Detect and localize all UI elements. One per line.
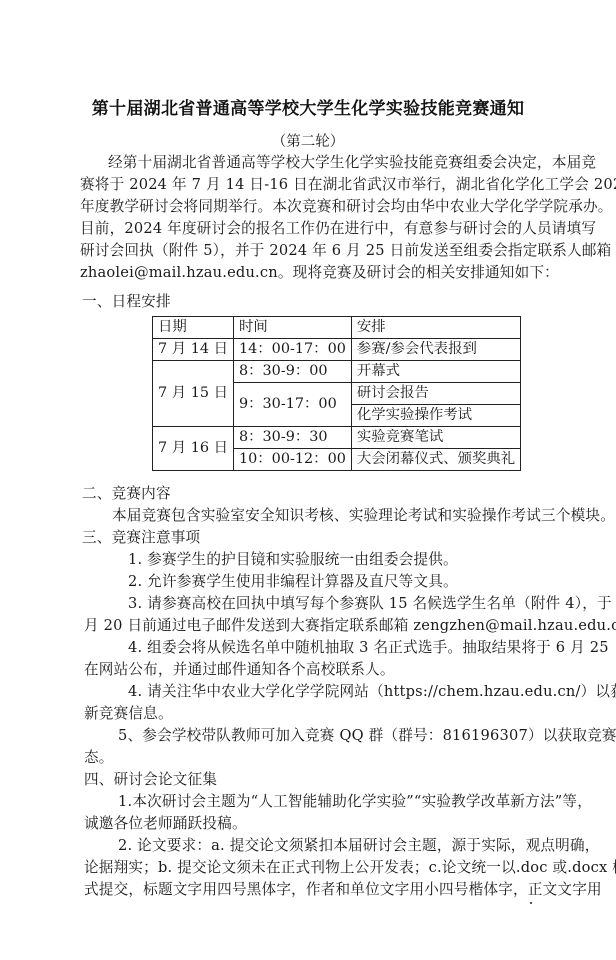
body-line: 论据翔实；b. 提交论文须未在正式刊物上公开发表；c.论文统一以.doc 或.d…	[84, 858, 616, 878]
body-line: 3. 请参赛高校在回执中填写每个参赛队 15 名候选学生名单（附件 4），于 6	[128, 594, 616, 614]
body-line: 1. 参赛学生的护目镜和实验服统一由组委会提供。	[128, 550, 458, 570]
body-line: 1.本次研讨会主题为“人工智能辅助化学实验”“实验教学改革新方法”等，	[118, 792, 592, 812]
section-heading-notes: 三、竞赛注意事项	[82, 528, 200, 548]
body-line: 月 20 日前通过电子邮件发送到大赛指定联系邮箱 zengzhen@mail.h…	[84, 616, 616, 636]
schedule-table: 日期 时间 安排 7 月 14 日 14：00-17：00 参赛/参会代表报到 …	[152, 316, 521, 471]
cell-item: 实验竞赛笔试	[351, 427, 520, 449]
intro-line: 赛将于 2024 年 7 月 14 日-16 日在湖北省武汉市举行，湖北省化学化…	[80, 175, 616, 195]
cell-date: 7 月 16 日	[153, 427, 234, 471]
table-row: 7 月 15 日 8：30-9：00 开幕式	[153, 361, 521, 383]
header-item: 安排	[351, 317, 520, 339]
cell-item: 开幕式	[351, 361, 520, 383]
table-header-row: 日期 时间 安排	[153, 317, 521, 339]
body-line: 在网站公布，并通过邮件通知各个高校联系人。	[84, 660, 395, 680]
scan-speck	[530, 902, 532, 904]
intro-line: 目前，2024 年度研讨会的报名工作仍在进行中，有意参与研讨会的人员请填写	[80, 219, 596, 239]
notice-title: 第十届湖北省普通高等学校大学生化学实验技能竞赛通知	[0, 97, 616, 121]
intro-line: 经第十届湖北省普通高等学校大学生化学实验技能竞赛组委会决定，本届竞	[108, 153, 596, 173]
header-date: 日期	[153, 317, 234, 339]
section-heading-papers: 四、研讨会论文征集	[84, 770, 217, 790]
body-line: 2. 论文要求：a. 提交论文须紧扣本届研讨会主题，源于实际，观点明确，	[118, 836, 600, 856]
cell-date: 7 月 14 日	[153, 339, 234, 361]
intro-line: zhaolei@mail.hzau.edu.cn。现将竞赛及研讨会的相关安排通知…	[80, 263, 559, 283]
body-line: 4. 组委会将从候选名单中随机抽取 3 名正式选手。抽取结果将于 6 月 25 …	[128, 638, 616, 658]
section-heading-schedule: 一、日程安排	[82, 292, 171, 312]
cell-time: 8：30-9：30	[233, 427, 351, 449]
section-heading-content: 二、竞赛内容	[82, 484, 171, 504]
cell-date: 7 月 15 日	[153, 361, 234, 427]
body-line: 2. 允许参赛学生使用非编程计算器及直尺等文具。	[128, 572, 458, 592]
table-row: 7 月 16 日 8：30-9：30 实验竞赛笔试	[153, 427, 521, 449]
cell-time: 8：30-9：00	[233, 361, 351, 383]
cell-item: 参赛/参会代表报到	[351, 339, 520, 361]
body-line: 本届竞赛包含实验室安全知识考核、实验理论考试和实验操作考试三个模块。	[112, 506, 615, 526]
cell-time: 10：00-12：00	[233, 449, 351, 471]
notice-subtitle: （第二轮）	[0, 132, 616, 152]
body-line: 态。	[84, 748, 114, 768]
body-line: 5、参会学校带队教师可加入竞赛 QQ 群（群号：816196307）以获取竞赛动	[118, 726, 616, 746]
cell-item: 化学实验操作考试	[351, 405, 520, 427]
body-line: 式提交，标题文字用四号黑体字，作者和单位文字用小四号楷体字，正文文字用	[84, 880, 602, 900]
cell-item: 研讨会报告	[351, 383, 520, 405]
body-line: 新竞赛信息。	[84, 704, 173, 724]
body-line: 诚邀各位老师踊跃投稿。	[84, 814, 247, 834]
header-time: 时间	[233, 317, 351, 339]
cell-item: 大会闭幕仪式、颁奖典礼	[351, 449, 520, 471]
intro-line: 年度教学研讨会将同期举行。本次竞赛和研讨会均由华中农业大学化学学院承办。	[80, 197, 613, 217]
cell-time: 14：00-17：00	[233, 339, 351, 361]
cell-time: 9：30-17：00	[233, 383, 351, 427]
table-row: 7 月 14 日 14：00-17：00 参赛/参会代表报到	[153, 339, 521, 361]
intro-line: 研讨会回执（附件 5），并于 2024 年 6 月 25 日前发送至组委会指定联…	[80, 241, 611, 261]
body-line: 4. 请关注华中农业大学化学学院网站（https://chem.hzau.edu…	[128, 682, 616, 702]
